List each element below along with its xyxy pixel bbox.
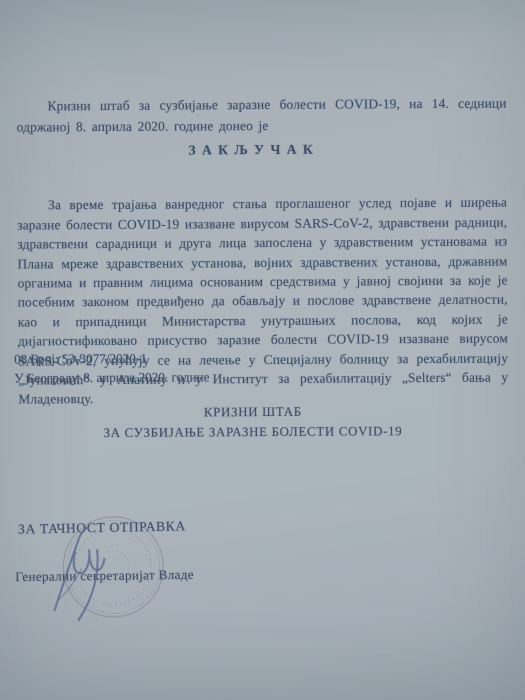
issuer-block: КРИЗНИ ШТАБ ЗА СУЗБИЈАЊЕ ЗАРАЗНЕ БОЛЕСТИ… <box>0 401 505 444</box>
document-content: Кризни штаб за сузбијање заразне болести… <box>0 0 525 700</box>
reference-place-date: У Београду, 8. априла 2020. године <box>14 368 209 388</box>
certification-label: ЗА ТАЧНОСТ ОТПРАВКА <box>18 518 186 537</box>
conclusion-heading: З А К Љ У Ч А К <box>0 141 504 160</box>
signatory-label: Генерални секретаријат Владе <box>15 567 194 585</box>
intro-paragraph: Кризни штаб за сузбијање заразне болести… <box>16 94 506 138</box>
scanned-document-photo: Кризни штаб за сузбијање заразне болести… <box>0 0 525 700</box>
issuer-line2: ЗА СУЗБИЈАЊЕ ЗАРАЗНЕ БОЛЕСТИ COVID-19 <box>0 421 505 444</box>
reference-number: 08 Број: 53-3077/2020-1 <box>14 349 209 369</box>
reference-block: 08 Број: 53-3077/2020-1 У Београду, 8. а… <box>14 349 210 387</box>
